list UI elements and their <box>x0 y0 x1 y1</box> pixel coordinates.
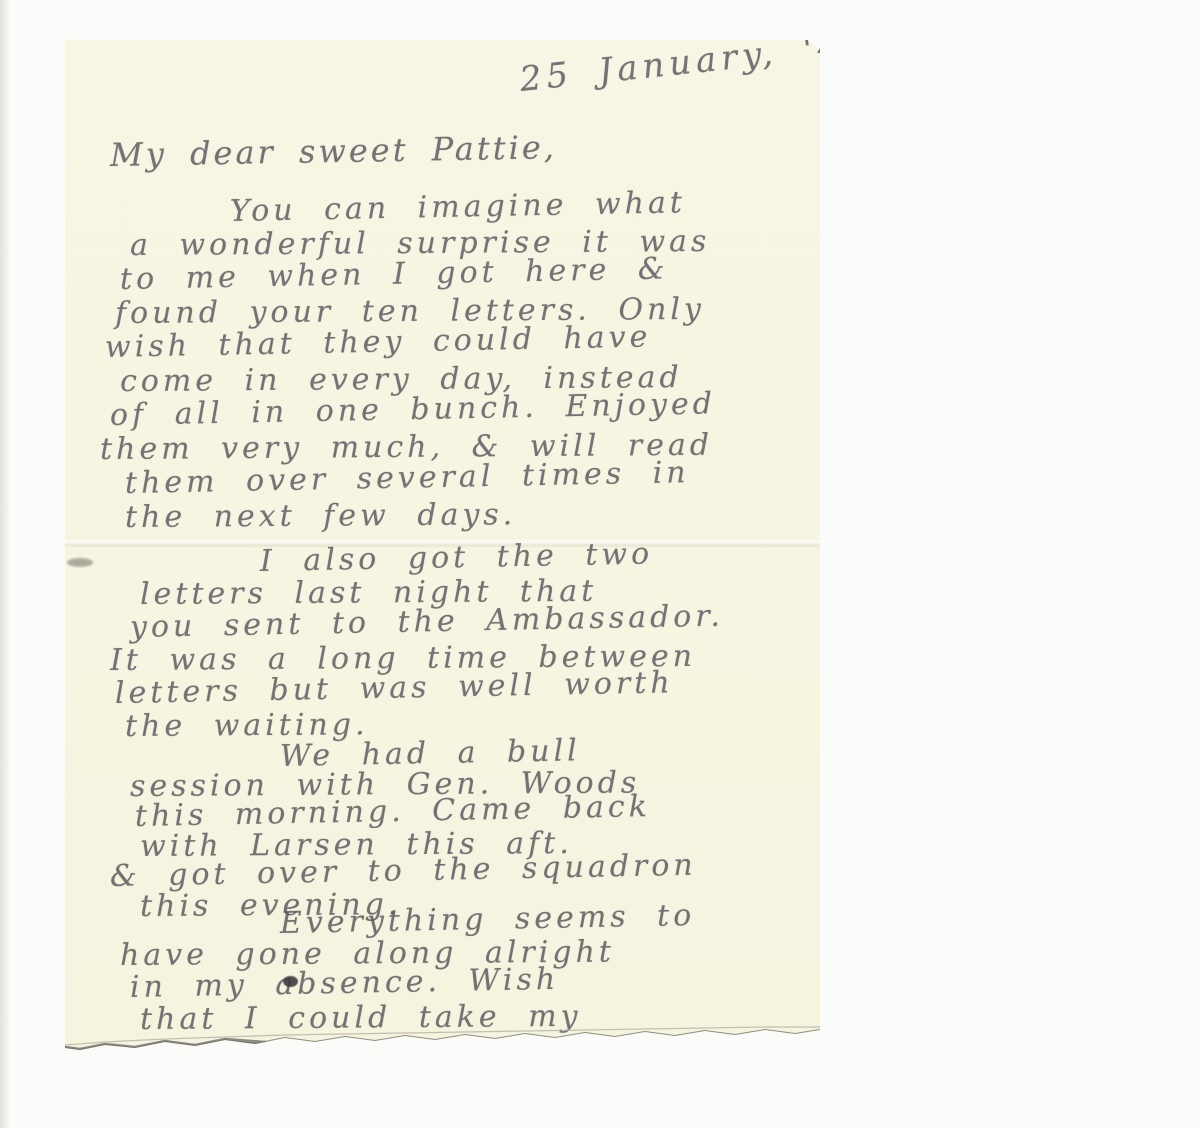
scanned-letter: 25 January, '44 My dear sweet Pattie, Yo… <box>0 0 1200 1128</box>
letter-paragraph-1: You can imagine what a wonderful surpris… <box>100 195 800 535</box>
letter-date: 25 January, '44 <box>518 23 872 100</box>
letter-salutation: My dear sweet Pattie, <box>110 128 558 174</box>
torn-edge <box>65 1015 820 1055</box>
handwriting-line: the next few days. <box>125 496 800 535</box>
scanner-edge-shadow <box>0 0 10 1128</box>
handwriting-line: You can imagine what <box>230 184 801 229</box>
letter-paragraph-3: We had a bull session with Gen. Woods th… <box>100 742 800 922</box>
ink-blot <box>283 976 298 987</box>
pencil-smudge <box>67 558 93 567</box>
letter-paragraph-2: I also got the two letters last night th… <box>100 545 800 743</box>
letter-paper: 25 January, '44 My dear sweet Pattie, Yo… <box>65 40 820 1055</box>
handwriting-line: Everything seems to <box>280 898 801 940</box>
